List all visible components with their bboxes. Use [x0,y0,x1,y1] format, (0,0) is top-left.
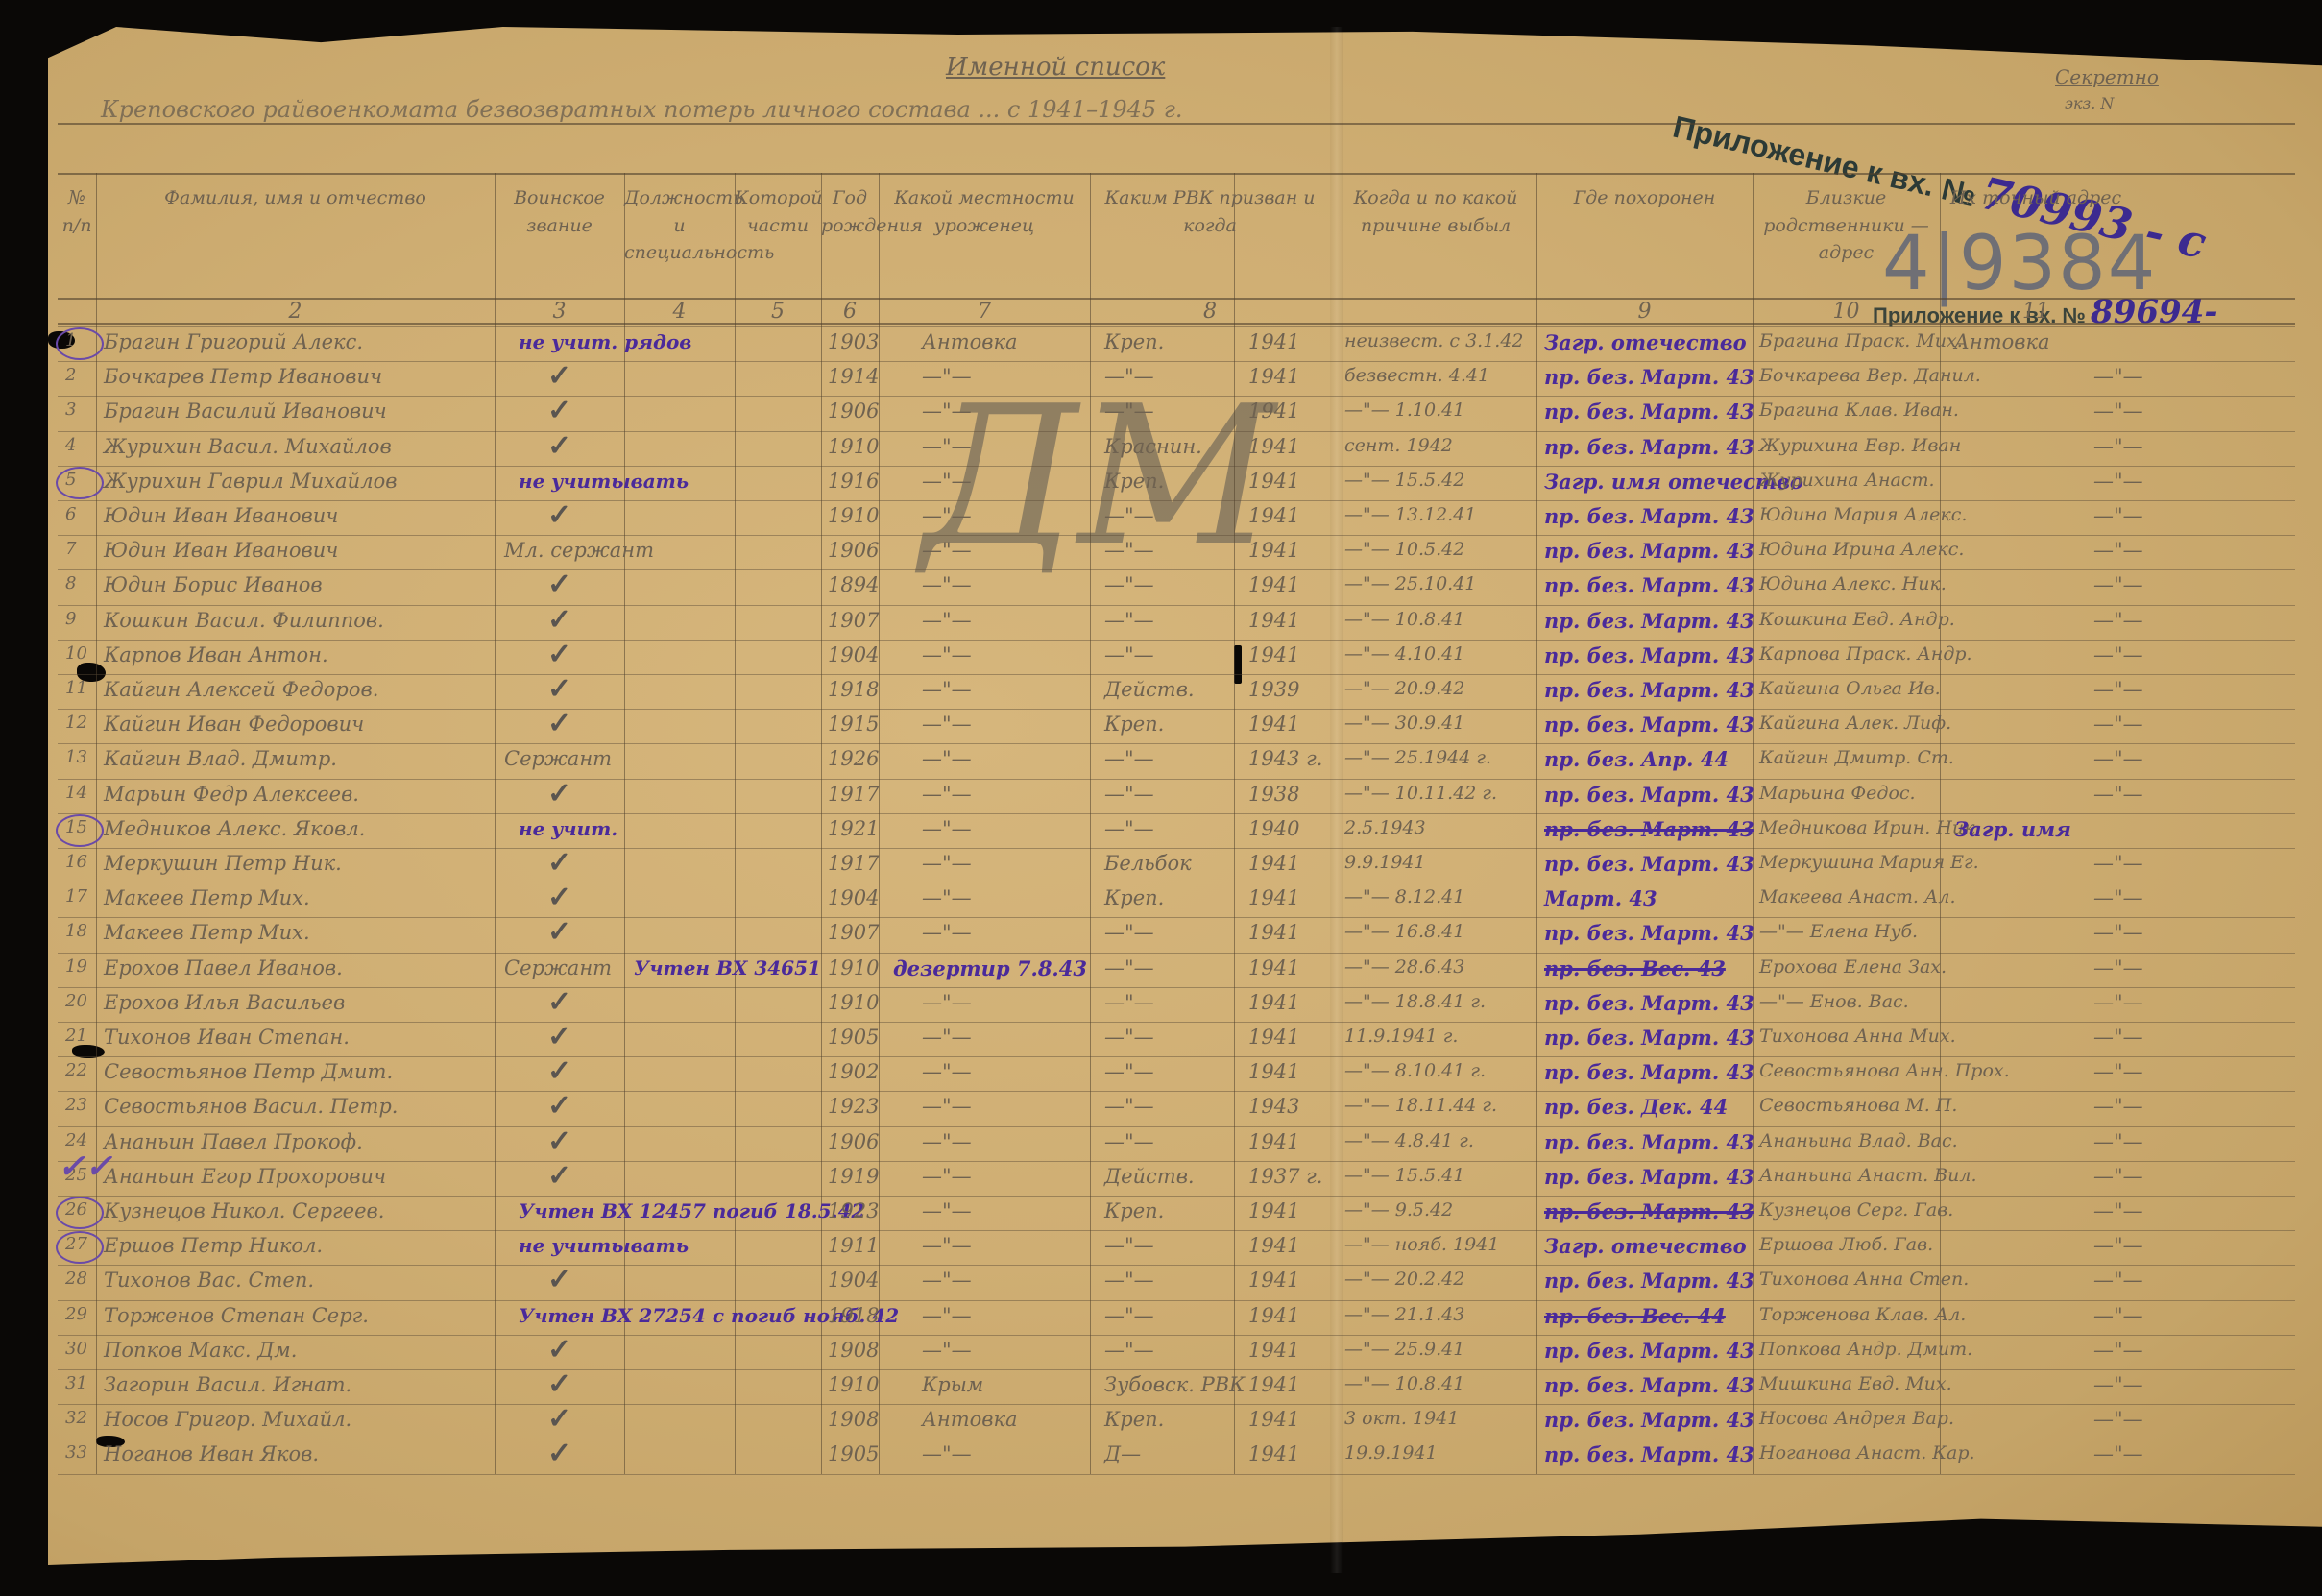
row-number: 21 [65,1026,87,1046]
relative-name: Торженова Клав. Ал. [1759,1304,1942,1325]
loss-reason: пр. без. Март. 43 [1544,1199,1754,1223]
relative-address: —"— [2093,852,2143,875]
relative-name: Тихонова Анна Мих. [1759,1026,1942,1047]
column-number: 7 [879,300,1090,324]
conscription-year: 1941 [1248,1199,1299,1222]
soldier-name: Кузнецов Никол. Сергеев. [104,1199,384,1222]
birth-year: 1894 [828,573,879,596]
relative-address: —"— [2093,956,2143,979]
date-of-loss: —"— 9.5.42 [1344,1199,1453,1221]
loss-reason: пр. без. Апр. 44 [1544,747,1729,771]
loss-reason: пр. без. Март. 43 [1544,1130,1754,1154]
date-of-loss: 9.9.1941 [1344,852,1426,873]
birth-year: 1926 [828,747,879,770]
ditto-check-icon: ✓ [547,915,571,949]
ditto-check-icon: ✓ [547,638,571,671]
conscription-year: 1941 [1248,1130,1299,1153]
conscription-year: 1941 [1248,991,1299,1014]
relative-address: —"— [2093,1060,2143,1083]
relative-name: Юдина Алекс. Ник. [1759,573,1942,594]
loss-reason: пр. без. Март. 43 [1544,1373,1754,1397]
row-rule [58,779,2295,780]
date-of-loss: —"— 15.5.41 [1344,1165,1464,1186]
soldier-name: Ноганов Иван Яков. [104,1442,319,1465]
relative-address: —"— [2093,365,2143,388]
loss-reason: пр. без. Март. 43 [1544,1165,1754,1189]
soldier-name: Брагин Василий Иванович [104,399,387,423]
relative-address: —"— [2093,609,2143,632]
date-of-loss: —"— 16.8.41 [1344,921,1464,942]
soldier-name: Журихин Васил. Михайлов [104,435,392,458]
soldier-name: Торженов Степан Серг. [104,1304,369,1327]
row-number: 19 [65,956,87,977]
row-rule [58,987,2295,988]
soldier-name: Карпов Иван Антон. [104,643,328,666]
relative-address: Загр. имя [1954,817,2071,841]
soldier-name: Ананьин Павел Прокоф. [104,1130,363,1153]
row-rule [58,326,2295,327]
loss-reason: пр. без. Вес. 43 [1544,956,1726,980]
column-rule [624,173,625,1474]
row-number: 29 [65,1304,87,1324]
soldier-name: Бочкарев Петр Иванович [104,365,382,388]
row-rule [58,396,2295,397]
row-number: 6 [65,504,76,524]
relative-name: Макеева Анаст. Ал. [1759,886,1942,907]
date-of-loss: —"— 1.10.41 [1344,399,1464,421]
relative-address: —"— [2093,1026,2143,1049]
row-rule [58,1230,2295,1231]
conscription-rvk: Креп. [1104,330,1164,353]
birthplace: —"— [922,886,972,909]
birthplace: —"— [922,1442,972,1465]
birth-year: 1923 [828,1199,879,1222]
military-rank: Сержант [504,956,612,979]
birth-year: 1908 [828,1408,879,1431]
relative-address: —"— [2093,1165,2143,1188]
relative-address: —"— [2093,1442,2143,1465]
birthplace: —"— [922,747,972,770]
column-number: 2 [96,300,495,324]
loss-reason: пр. без. Март. 43 [1544,678,1754,702]
date-of-loss: —"— 10.8.41 [1344,1373,1464,1394]
birth-year: 1910 [828,1373,879,1396]
conscription-year: 1940 [1248,817,1299,840]
row-number: 33 [65,1442,87,1463]
date-of-loss: —"— 8.12.41 [1344,886,1464,907]
row-rule [58,953,2295,954]
birth-year: 1911 [828,1234,879,1257]
column-number: 8 [1090,300,1330,324]
column-rule [495,173,496,1474]
loss-reason: пр. без. Март. 43 [1544,435,1754,459]
relative-address: —"— [2093,1130,2143,1153]
row-rule [58,1369,2295,1370]
column-header: Их точный адрес [1940,184,2132,212]
ditto-check-icon: ✓ [547,1437,571,1470]
ditto-check-icon: ✓ [547,1402,571,1436]
circle-mark [56,467,104,499]
birth-year: 1917 [828,783,879,806]
column-number: 5 [735,300,821,324]
conscription-rvk: —"— [1104,783,1154,806]
date-of-loss: неизвест. с 3.1.42 [1344,330,1524,351]
relative-name: Юдина Ирина Алекс. [1759,539,1942,560]
birth-year: 1907 [828,609,879,632]
birth-year: 1916 [828,470,879,493]
column-rule [1234,173,1235,1474]
birthplace: —"— [922,1269,972,1292]
conscription-year: 1941 [1248,609,1299,632]
military-rank: не учитывать [519,470,689,493]
date-of-loss: —"— 15.5.42 [1344,470,1464,491]
conscription-rvk: —"— [1104,921,1154,944]
column-rule [821,173,822,1474]
row-number: 11 [65,678,87,698]
row-rule [58,1126,2295,1127]
loss-reason: пр. без. Март. 43 [1544,1026,1754,1050]
date-of-loss: 2.5.1943 [1344,817,1426,838]
birthplace: —"— [922,1165,972,1188]
ditto-check-icon: ✓ [547,498,571,532]
military-rank: не учит. рядов [519,330,691,353]
conscription-year: 1941 [1248,539,1299,562]
birthplace: —"— [922,991,972,1014]
date-of-loss: —"— 4.8.41 г. [1344,1130,1474,1151]
conscription-year: 1941 [1248,365,1299,388]
relative-name: Журихина Анаст. [1759,470,1935,491]
relative-address: —"— [2093,539,2143,562]
relative-address: —"— [2093,470,2143,493]
conscription-year: 1941 [1248,1026,1299,1049]
conscription-year: 1941 [1248,886,1299,909]
ditto-check-icon: ✓ [547,1124,571,1158]
relative-address: —"— [2093,643,2143,666]
conscription-rvk: Краснин. [1104,435,1202,458]
relative-name: Марьина Федос. [1759,783,1916,804]
soldier-name: Юдин Иван Иванович [104,539,338,562]
birthplace: дезертир 7.8.43 [893,956,1087,980]
conscription-year: 1941 [1248,399,1299,423]
row-number: 3 [65,399,76,420]
row-number: 8 [65,573,76,593]
date-of-loss: 11.9.1941 г. [1344,1026,1458,1047]
soldier-name: Ананьин Егор Прохорович [104,1165,386,1188]
relative-name: Кайгина Алек. Лиф. [1759,713,1942,734]
row-rule [58,1056,2295,1057]
row-rule [58,1091,2295,1092]
date-of-loss: —"— 10.11.42 г. [1344,783,1497,804]
relative-address: —"— [2093,1373,2143,1396]
birth-year: 1907 [828,921,879,944]
relative-name: Севостьянова Анн. Прох. [1759,1060,1942,1081]
loss-reason: пр. без. Март. 43 [1544,1442,1754,1466]
row-rule [58,1022,2295,1023]
ditto-check-icon: ✓ [547,985,571,1019]
birth-year: 1903 [828,330,879,353]
conscription-year: 1938 [1248,783,1299,806]
row-number: 16 [65,852,87,872]
relative-name: Меркушина Мария Ег. [1759,852,1942,873]
loss-reason: пр. без. Март. 43 [1544,1060,1754,1084]
ditto-check-icon: ✓ [547,1020,571,1053]
birthplace: —"— [922,852,972,875]
birthplace: —"— [922,539,972,562]
loss-reason: пр. без. Март. 43 [1544,783,1754,807]
date-of-loss: —"— 10.8.41 [1344,609,1464,630]
row-rule [58,813,2295,814]
column-header: Должность и специальность [624,184,735,267]
birthplace: —"— [922,1304,972,1327]
soldier-name: Макеев Петр Мих. [104,921,310,944]
conscription-rvk: Д— [1104,1442,1141,1465]
relative-address: —"— [2093,1304,2143,1327]
soldier-name: Макеев Петр Мих. [104,886,310,909]
soldier-name: Марьин Федр Алексеев. [104,783,359,806]
circle-mark [56,1231,104,1264]
birth-year: 1905 [828,1442,879,1465]
conscription-year: 1941 [1248,1234,1299,1257]
column-header: Фамилия, имя и отчество [96,184,495,212]
row-rule [58,743,2295,744]
relative-name: Карпова Праск. Андр. [1759,643,1942,665]
row-rule [58,1474,2295,1475]
row-rule [58,917,2295,918]
column-number: 3 [495,300,624,324]
ditto-check-icon: ✓ [547,846,571,880]
conscription-rvk: —"— [1104,539,1154,562]
row-number: 18 [65,921,87,941]
column-header: Какой местности уроженец [879,184,1090,239]
loss-reason: Загр. отечество [1544,330,1747,354]
paper-fold [1330,27,1343,1573]
loss-reason: пр. без. Март. 43 [1544,1408,1754,1432]
row-number: 22 [65,1060,87,1080]
relative-address: —"— [2093,678,2143,701]
circle-mark [56,814,104,847]
conscription-rvk: —"— [1104,747,1154,770]
conscription-rvk: —"— [1104,956,1154,979]
row-rule [58,535,2295,536]
military-rank: не учитывать [519,1234,689,1257]
date-of-loss: —"— 28.6.43 [1344,956,1464,978]
column-header: Которой части [735,184,821,239]
relative-name: Кошкина Евд. Андр. [1759,609,1942,630]
relative-name: Ершова Люб. Гав. [1759,1234,1933,1255]
conscription-year: 1941 [1248,470,1299,493]
conscription-year: 1941 [1248,435,1299,458]
ditto-check-icon: ✓ [547,359,571,393]
loss-reason: пр. без. Март. 43 [1544,991,1754,1015]
conscription-rvk: —"— [1104,1026,1154,1049]
relative-name: Севостьянова М. П. [1759,1095,1942,1116]
conscription-rvk: —"— [1104,365,1154,388]
column-number: 10 [1753,300,1940,324]
column-header: Близкие родственники — адрес [1753,184,1940,267]
document-title: Именной список [946,53,1165,82]
conscription-rvk: —"— [1104,991,1154,1014]
conscription-rvk: —"— [1104,609,1154,632]
conscription-year: 1941 [1248,1060,1299,1083]
relative-address: —"— [2093,783,2143,806]
conscription-rvk: —"— [1104,504,1154,527]
birthplace: —"— [922,921,972,944]
row-rule [58,1265,2295,1266]
loss-reason: Март. 43 [1544,886,1657,910]
conscription-year: 1941 [1248,643,1299,666]
relative-address: —"— [2093,1339,2143,1362]
column-header: Где похоронен [1536,184,1753,212]
row-number: 30 [65,1339,87,1359]
ditto-check-icon: ✓ [547,881,571,914]
relative-name: Кузнецов Серг. Гав. [1759,1199,1942,1221]
ditto-check-icon: ✓ [547,707,571,740]
date-of-loss: —"— 25.1944 г. [1344,747,1491,768]
date-of-loss: —"— 13.12.41 [1344,504,1476,525]
birthplace: —"— [922,1339,972,1362]
birthplace: —"— [922,1026,972,1049]
birth-year: 1917 [828,852,879,875]
conscription-rvk: —"— [1104,643,1154,666]
relative-name: Бочкарева Вер. Данил. [1759,365,1942,386]
row-rule [58,640,2295,641]
soldier-name: Журихин Гаврил Михайлов [104,470,397,493]
soldier-name: Тихонов Иван Степан. [104,1026,350,1049]
conscription-rvk: Бельбок [1104,852,1192,875]
birth-year: 1906 [828,539,879,562]
conscription-year: 1941 [1248,573,1299,596]
loss-reason: пр. без. Март. 43 [1544,539,1754,563]
military-rank: Мл. сержант [504,539,654,562]
birthplace: —"— [922,609,972,632]
header-top-rule [58,173,2295,175]
registration-note: Учтен ВХ 34651 [634,956,821,979]
column-number: 11 [1940,300,2132,324]
conscription-year: 1941 [1248,1339,1299,1362]
conscription-rvk: —"— [1104,1269,1154,1292]
birth-year: 1910 [828,956,879,979]
soldier-name: Ершов Петр Никол. [104,1234,323,1257]
military-rank: Сержант [504,747,612,770]
birth-year: 1919 [828,1165,879,1188]
soldier-name: Ерохов Павел Иванов. [104,956,343,979]
conscription-rvk: Креп. [1104,886,1164,909]
conscription-rvk: —"— [1104,1339,1154,1362]
birth-year: 1904 [828,1269,879,1292]
soldier-name: Медников Алекс. Яковл. [104,817,365,840]
large-pencil-mark: ДМ [922,365,1274,589]
conscription-year: 1943 г. [1248,747,1322,770]
ditto-check-icon: ✓ [547,394,571,427]
ditto-check-icon: ✓ [547,1089,571,1123]
column-header: № п/п [58,184,96,239]
relative-name: Мишкина Евд. Мих. [1759,1373,1942,1394]
birth-year: 1910 [828,435,879,458]
soldier-name: Кайгин Иван Федорович [104,713,364,736]
conscription-rvk: —"— [1104,573,1154,596]
row-number: 23 [65,1095,87,1115]
relative-name: Тихонова Анна Степ. [1759,1269,1942,1290]
row-number: 17 [65,886,87,907]
birthplace: Крым [922,1373,983,1396]
ditto-check-icon: ✓ [547,777,571,810]
conscription-year: 1941 [1248,1373,1299,1396]
relative-address: —"— [2093,713,2143,736]
column-header: Воинское звание [495,184,624,239]
loss-reason: пр. без. Март. 43 [1544,573,1754,597]
date-of-loss: —"— 20.9.42 [1344,678,1464,699]
birth-year: 1908 [828,1339,879,1362]
ditto-check-icon: ✓ [547,1333,571,1366]
birthplace: —"— [922,504,972,527]
soldier-name: Севостьянов Петр Дмит. [104,1060,393,1083]
relative-address: Антовка [1954,330,2050,353]
ditto-check-icon: ✓ [547,568,571,601]
birthplace: —"— [922,643,972,666]
row-rule [58,500,2295,501]
circle-mark [56,327,104,360]
birth-year: 1906 [828,399,879,423]
birth-year: 1910 [828,504,879,527]
relative-name: —"— Енов. Вас. [1759,991,1909,1012]
relative-name: Медникова Ирин. Ник. [1759,817,1942,838]
birthplace: —"— [922,1095,972,1118]
row-rule [58,848,2295,849]
row-rule [58,605,2295,606]
birthplace: —"— [922,1234,972,1257]
row-number: 28 [65,1269,87,1289]
relative-name: Ананьина Влад. Вас. [1759,1130,1942,1151]
row-rule [58,1196,2295,1197]
loss-reason: пр. без. Март. 43 [1544,1339,1754,1363]
relative-name: Носова Андрея Вар. [1759,1408,1942,1429]
conscription-rvk: —"— [1104,1130,1154,1153]
soldier-name: Юдин Борис Иванов [104,573,323,596]
row-number: 10 [65,643,87,664]
soldier-name: Тихонов Вас. Степ. [104,1269,314,1292]
birth-year: 1918 [828,1304,879,1327]
row-rule [58,466,2295,467]
loss-reason: пр. без. Март. 43 [1544,817,1754,841]
relative-address: —"— [2093,747,2143,770]
birth-year: 1918 [828,678,879,701]
conscription-year: 1941 [1248,1304,1299,1327]
birthplace: —"— [922,470,972,493]
document-subtitle: Креповского райвоенкомата безвозвратных … [101,96,1183,123]
row-rule [58,883,2295,883]
loss-reason: пр. без. Март. 43 [1544,365,1754,389]
relative-name: Брагина Клав. Иван. [1759,399,1942,421]
birth-year: 1906 [828,1130,879,1153]
row-rule [58,674,2295,675]
row-rule [58,1404,2295,1405]
ditto-check-icon: ✓ [547,603,571,637]
relative-name: Ананьина Анаст. Вил. [1759,1165,1942,1186]
birthplace: —"— [922,399,972,423]
date-of-loss: —"— 10.5.42 [1344,539,1464,560]
birth-year: 1910 [828,991,879,1014]
conscription-year: 1941 [1248,956,1299,979]
circle-mark [56,1197,104,1229]
conscription-rvk: Креп. [1104,1199,1164,1222]
date-of-loss: —"— 4.10.41 [1344,643,1464,665]
column-header: Когда и по какой причине выбыл [1335,184,1536,239]
relative-address: —"— [2093,399,2143,423]
date-of-loss: —"— 18.11.44 г. [1344,1095,1497,1116]
conscription-rvk: —"— [1104,1095,1154,1118]
date-of-loss: —"— 25.9.41 [1344,1339,1464,1360]
relative-address: —"— [2093,1408,2143,1431]
